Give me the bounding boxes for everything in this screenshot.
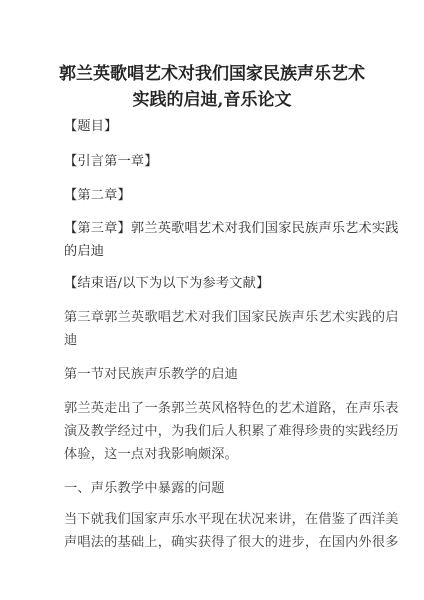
chapter-heading-line-1: 第三章郭兰英歌唱艺术对我们国家民族声乐艺术实践的启: [64, 306, 364, 329]
document-page: 郭兰英歌唱艺术对我们国家民族声乐艺术 实践的启迪,音乐论文 【题目】 【引言第一…: [0, 0, 424, 600]
toc-item-conclusion: 【结束语/以下为以下为参考文献】: [64, 272, 364, 295]
toc-item-chapter-3-line-2: 的启迪: [64, 240, 364, 263]
paragraph-1-line-3: 体验，这一点对我影响颇深。: [64, 443, 364, 466]
subsection-heading: 一、声乐教学中暴露的问题: [64, 477, 364, 500]
paragraph-2-line-1: 当下就我们国家声乐水平现在状况来讲，在借鉴了西洋美: [64, 508, 364, 531]
paragraph-2-line-2: 声唱法的基础上，确实获得了很大的进步，在国内外很多: [64, 531, 364, 554]
toc-item-title: 【题目】: [64, 115, 364, 138]
toc-item-introduction: 【引言第一章】: [64, 150, 364, 173]
paragraph-1-line-2: 演及教学经过中，为我们后人积累了难得珍贵的实践经历: [64, 420, 364, 443]
chapter-heading-line-2: 迪: [64, 329, 364, 352]
toc-item-chapter-2: 【第二章】: [64, 184, 364, 207]
paragraph-1-line-1: 郭兰英走出了一条郭兰英风格特色的艺术道路，在声乐表: [64, 397, 364, 420]
section-heading: 第一节对民族声乐教学的启迪: [64, 363, 364, 386]
toc-item-chapter-3-line-1: 【第三章】郭兰英歌唱艺术对我们国家民族声乐艺术实践: [64, 217, 364, 240]
document-title-line-2: 实践的启迪,音乐论文: [40, 87, 384, 113]
document-title-line-1: 郭兰英歌唱艺术对我们国家民族声乐艺术: [40, 61, 384, 87]
